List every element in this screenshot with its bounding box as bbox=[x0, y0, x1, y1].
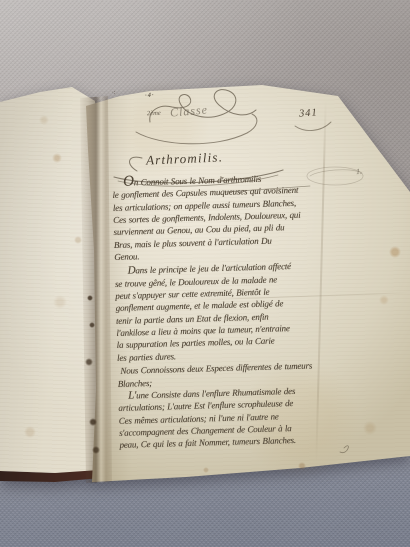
corner-mark-center: ·4· bbox=[145, 92, 155, 99]
section-word: Classe bbox=[169, 102, 208, 120]
section-prefix: 2ème bbox=[147, 110, 161, 117]
end-flourish bbox=[340, 446, 348, 453]
photo-of-manuscript: ·: ·4· 2ème Classe 341 Arthromilis. 1. O… bbox=[0, 0, 410, 547]
classe-underline-flourish bbox=[136, 114, 257, 144]
corner-mark-left: ·: bbox=[112, 90, 116, 96]
manuscript-text-block: On Connoit Sous le Nom d'arthromilis le … bbox=[112, 168, 410, 452]
folio-number: 341 bbox=[299, 107, 318, 119]
manuscript-book: ·: ·4· 2ème Classe 341 Arthromilis. 1. O… bbox=[0, 0, 410, 547]
title-left-loop bbox=[130, 157, 142, 171]
page-title: Arthromilis. bbox=[146, 149, 224, 168]
